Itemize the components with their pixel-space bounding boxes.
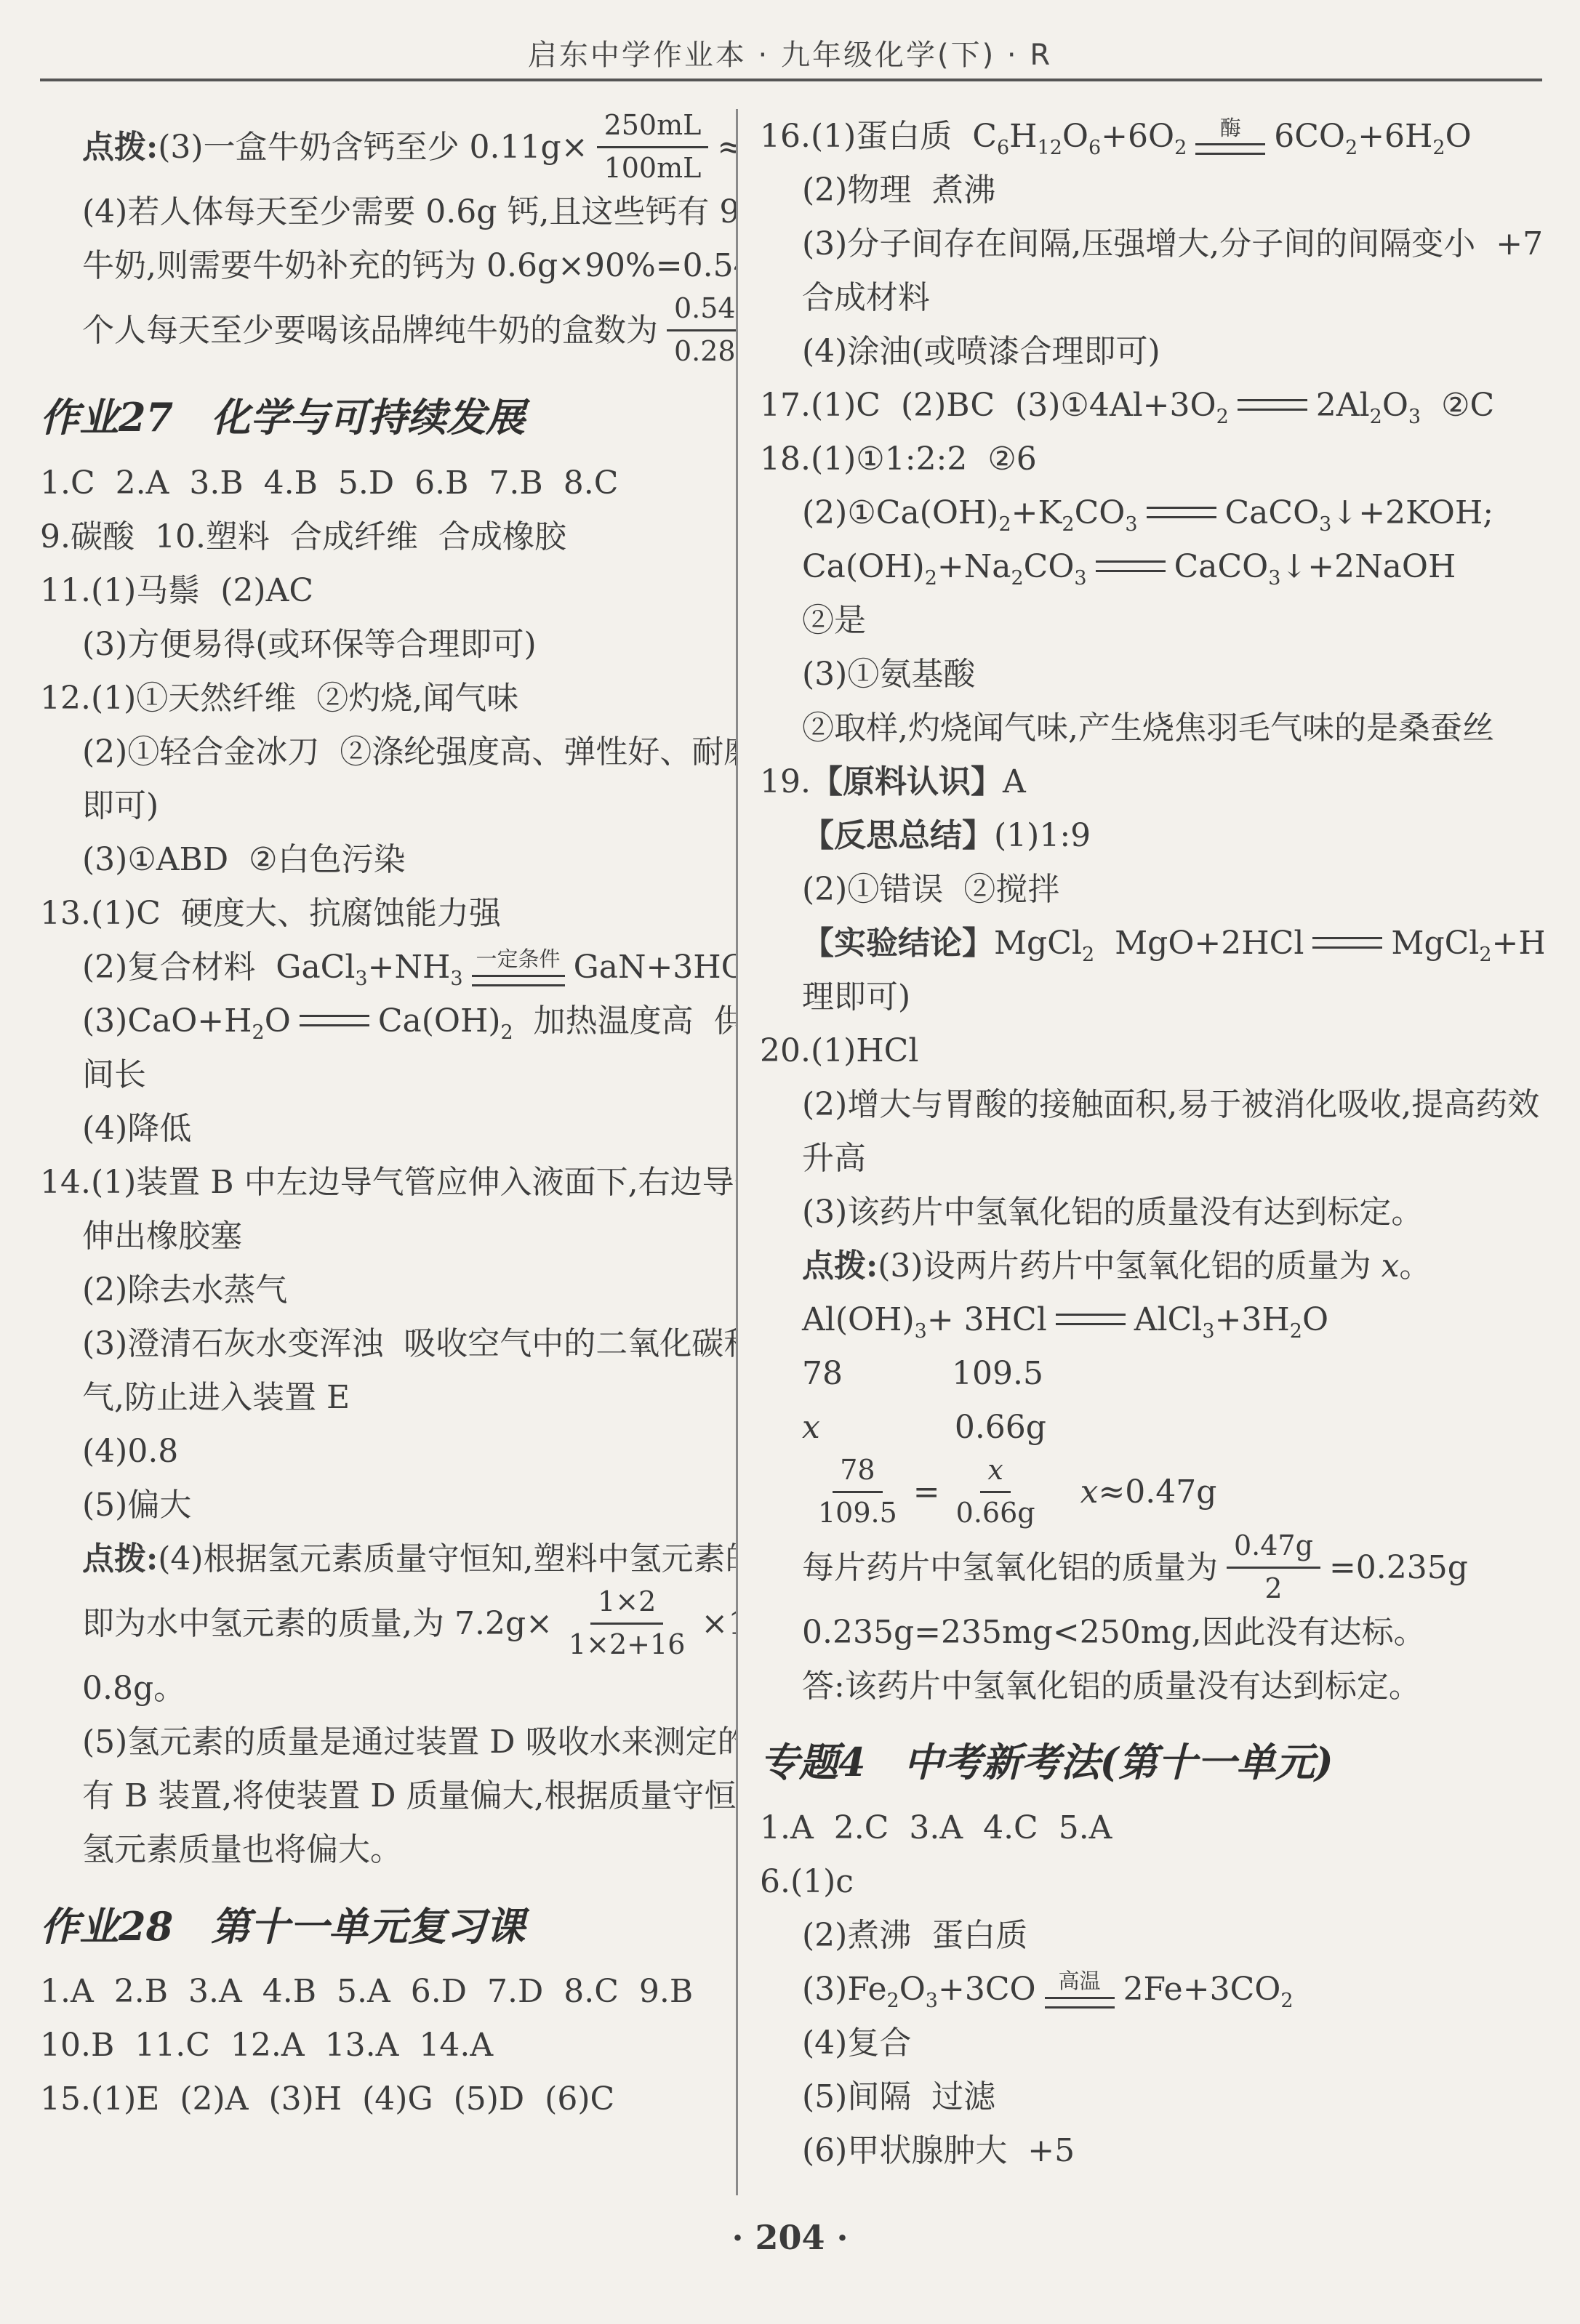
- subscript: 2: [1370, 405, 1382, 427]
- fraction-denominator: 100mL: [597, 148, 709, 185]
- text-segment: (3)一盒牛奶含钙至少 0.11g×: [158, 127, 588, 167]
- text-segment: =0.235g: [1329, 1548, 1468, 1588]
- double-bond-lines: [1056, 1314, 1126, 1325]
- answer-line: 点拨:(3)设两片药片中氢氧化铝的质量为 x。: [760, 1239, 1544, 1292]
- subscript: 2: [887, 1990, 899, 2012]
- text-segment: =: [913, 1472, 940, 1512]
- answer-line: 16.(1)蛋白质 C6H12O6+6O2酶6CO2+6H2O: [760, 109, 1544, 163]
- section-heading-number: 作业27: [40, 387, 173, 443]
- answer-line: 13.(1)C 硬度大、抗腐蚀能力强: [40, 886, 736, 940]
- text-segment: A: [1003, 762, 1026, 802]
- text-segment: 0.66g: [955, 1407, 1046, 1447]
- section-heading-title: 化学与可持续发展: [211, 387, 525, 443]
- answer-line: 有 B 装置,将使装置 D 质量偏大,根据质量守恒定律知,: [40, 1769, 736, 1823]
- double-bond-lines: [472, 975, 565, 986]
- text-segment: (2)①轻合金冰刀 ②涤纶强度高、弹性好、耐磨(合理: [82, 732, 736, 772]
- text-segment: 个人每天至少要喝该品牌纯牛奶的盒数为: [82, 310, 658, 350]
- answer-line: (4)若人体每天至少需要 0.6g 钙,且这些钙有 90%来自: [40, 185, 736, 238]
- bold-label: 点拨:: [802, 1246, 878, 1286]
- answer-line: 【实验结论】MgCl2 MgO+2HClMgCl2+H2O(合: [760, 916, 1544, 970]
- bold-label: 点拨:: [82, 127, 158, 167]
- text-segment: 答:该药片中氢氧化铝的质量没有达到标定。: [802, 1666, 1421, 1706]
- subscript: 2: [1290, 1319, 1302, 1342]
- text-segment: 间长: [82, 1055, 146, 1095]
- answer-line: (6)甲状腺肿大 +5: [760, 2123, 1544, 2177]
- text-segment: AlCl3+3H2O: [1134, 1300, 1328, 1340]
- reaction-equals-sign: [300, 1015, 369, 1026]
- subscript: 2: [1216, 405, 1229, 427]
- text-segment: (3)分子间存在间隔,压强增大,分子间的间隔变小 +7: [802, 224, 1543, 264]
- answer-line: (3)①氨基酸: [760, 647, 1544, 701]
- text-segment: 109.5: [952, 1354, 1043, 1394]
- answer-line: (2)物理 煮沸: [760, 163, 1544, 217]
- text-segment: (2)物理 煮沸: [802, 170, 995, 210]
- fraction-denominator: 0.28g: [667, 331, 736, 369]
- answer-line: x0.66g: [760, 1400, 1544, 1454]
- answer-line: (3)CaO+H2OCa(OH)2 加热温度高 供热时: [40, 994, 736, 1048]
- text-segment: 6CO2+6H2O: [1274, 116, 1471, 156]
- text-segment: ②是: [802, 600, 866, 640]
- header-rule: [40, 79, 1542, 81]
- subscript: 2: [1280, 1990, 1293, 2012]
- text-segment: 14.(1)装置 B 中左边导气管应伸入液面下,右边导气管应稍: [40, 1162, 736, 1202]
- text-segment: 20.(1)HCl: [760, 1031, 918, 1071]
- subscript: 3: [1268, 566, 1280, 589]
- answer-line: (3)澄清石灰水变浑浊 吸收空气中的二氧化碳和水蒸: [40, 1316, 736, 1370]
- text-segment: 理即可): [802, 977, 910, 1017]
- text-segment: 10.B 11.C 12.A 13.A 14.A: [40, 2025, 493, 2065]
- text-segment: (2)除去水蒸气: [82, 1270, 287, 1310]
- answer-line: (2)煮沸 蛋白质: [760, 1908, 1544, 1962]
- section-heading: 作业28第十一单元复习课: [40, 1896, 736, 1952]
- text-segment: ②取样,灼烧闻气味,产生烧焦羽毛气味的是桑蚕丝: [802, 708, 1494, 748]
- text-segment: (5)氢元素的质量是通过装置 D 吸收水来测定的,如果没: [82, 1722, 736, 1762]
- text-segment: (4)涂油(或喷漆合理即可): [802, 331, 1160, 371]
- text-segment: 合成材料: [802, 278, 930, 318]
- answer-line: 即可): [40, 779, 736, 832]
- text-segment: 1.A 2.B 3.A 4.B 5.A 6.D 7.D 8.C 9.B: [40, 1971, 693, 2011]
- answer-line: (3)分子间存在间隔,压强增大,分子间的间隔变小 +7: [760, 217, 1544, 270]
- fraction-denominator: 109.5: [811, 1493, 905, 1530]
- answer-line: (3)该药片中氢氧化铝的质量没有达到标定。: [760, 1185, 1544, 1239]
- subscript: 2: [1432, 136, 1445, 158]
- page-number: · 204 ·: [0, 2218, 1580, 2257]
- text-segment: x: [802, 1407, 820, 1447]
- fraction-numerator: 1×2: [590, 1585, 663, 1625]
- answer-line: (3)方便易得(或环保等合理即可): [40, 617, 736, 671]
- section-heading: 专题4中考新考法(第十一单元): [760, 1732, 1544, 1788]
- subscript: 2: [925, 566, 937, 589]
- text-segment: (2)煮沸 蛋白质: [802, 1915, 1027, 1955]
- answer-line: (2)①错误 ②搅拌: [760, 862, 1544, 916]
- answer-line: 点拨:(4)根据氢元素质量守恒知,塑料中氢元素的质量: [40, 1532, 736, 1585]
- bold-label: 【实验结论】: [802, 923, 994, 963]
- fraction-numerator: 78: [833, 1454, 882, 1493]
- subscript: 12: [1038, 136, 1062, 158]
- text-segment: 9.碳酸 10.塑料 合成纤维 合成橡胶: [40, 517, 566, 557]
- text-segment: ×100%=: [701, 1604, 736, 1644]
- text-segment: 有 B 装置,将使装置 D 质量偏大,根据质量守恒定律知,: [82, 1776, 736, 1816]
- subscript: 3: [1202, 1319, 1214, 1342]
- answer-line: (4)降低: [40, 1101, 736, 1155]
- subscript: 2: [1174, 136, 1187, 158]
- text-segment: 即可): [82, 786, 159, 826]
- text-segment: (1)1:9: [994, 816, 1091, 856]
- subscript: 3: [915, 1319, 927, 1342]
- fraction-numerator: 0.47g: [1227, 1529, 1320, 1569]
- section-heading-title: 中考新考法(第十一单元): [904, 1732, 1334, 1788]
- double-bond-lines: [1096, 560, 1166, 572]
- answer-line: (4)复合: [760, 2016, 1544, 2070]
- text-segment: (3)方便易得(或环保等合理即可): [82, 624, 537, 664]
- subscript: 2: [252, 1021, 265, 1044]
- italic-variable: x: [802, 1409, 820, 1446]
- answer-line: 个人每天至少要喝该品牌纯牛奶的盒数为0.54g0.28g≈2。: [40, 292, 736, 368]
- text-segment: (2)复合材料 GaCl3+NH3: [82, 947, 463, 987]
- answer-line: (4)0.8: [40, 1424, 736, 1478]
- text-segment: 1.C 2.A 3.B 4.B 5.D 6.B 7.B 8.C: [40, 463, 618, 503]
- answer-line: (4)涂油(或喷漆合理即可): [760, 324, 1544, 378]
- text-segment: 氢元素质量也将偏大。: [82, 1830, 402, 1870]
- subscript: 3: [1408, 405, 1421, 427]
- answer-line: 19.【原料认识】A: [760, 755, 1544, 808]
- text-segment: (3)该药片中氢氧化铝的质量没有达到标定。: [802, 1192, 1423, 1232]
- fraction-denominator: 2: [1257, 1569, 1289, 1606]
- answer-line: 0.8g。: [40, 1662, 736, 1716]
- fraction: x0.66g: [949, 1454, 1043, 1529]
- italic-variable: x: [1382, 1247, 1400, 1284]
- subscript: 2: [501, 1021, 513, 1044]
- fraction-denominator: 1×2+16: [561, 1625, 692, 1662]
- answer-line: 【反思总结】(1)1:9: [760, 808, 1544, 862]
- text-segment: 1.A 2.C 3.A 4.C 5.A: [760, 1808, 1112, 1848]
- text-segment: (3)澄清石灰水变浑浊 吸收空气中的二氧化碳和水蒸: [82, 1324, 736, 1364]
- text-segment: 气,防止进入装置 E: [82, 1378, 350, 1418]
- double-bond-lines: [1045, 1997, 1115, 2009]
- reaction-condition: 一定条件: [472, 948, 565, 971]
- text-segment: (4)若人体每天至少需要 0.6g 钙,且这些钙有 90%来自: [82, 192, 736, 232]
- text-segment: (3)CaO+H2O: [82, 1001, 291, 1041]
- subscript: 2: [1345, 136, 1358, 158]
- answer-line: Al(OH)3+ 3HClAlCl3+3H2O: [760, 1292, 1544, 1346]
- fraction: 1×21×2+16: [561, 1585, 692, 1661]
- italic-variable: x: [987, 1454, 1003, 1486]
- subscript: 2: [1082, 943, 1094, 965]
- subscript: 3: [1319, 512, 1331, 535]
- text-segment: 13.(1)C 硬度大、抗腐蚀能力强: [40, 893, 501, 933]
- subscript: 2: [998, 512, 1011, 535]
- fraction-numerator: 0.54g: [667, 292, 736, 331]
- text-segment: 78: [802, 1354, 843, 1394]
- subscript: 2: [1479, 943, 1491, 965]
- fraction: 0.54g0.28g: [667, 292, 736, 368]
- answer-line: 氢元素质量也将偏大。: [40, 1823, 736, 1877]
- text-segment: (4)0.8: [82, 1431, 178, 1471]
- text-segment: 牛奶,则需要牛奶补充的钙为 0.6g×90%=0.54g,则一: [82, 246, 736, 286]
- text-segment: 15.(1)E (2)A (3)H (4)G (5)D (6)C: [40, 2079, 614, 2119]
- text-segment: ≈0.28g。: [717, 127, 736, 167]
- section-heading-number: 作业28: [40, 1896, 173, 1952]
- text-segment: (6)甲状腺肿大 +5: [802, 2131, 1075, 2171]
- section-heading-title: 第十一单元复习课: [211, 1896, 525, 1952]
- text-segment: Ca(OH)2 加热温度高 供热时: [378, 1001, 736, 1041]
- subscript: 6: [1088, 136, 1101, 158]
- answer-line: 理即可): [760, 970, 1544, 1024]
- answer-line: 17.(1)C (2)BC (3)①4Al+3O22Al2O3 ②C: [760, 378, 1544, 432]
- answer-line: 点拨:(3)一盒牛奶含钙至少 0.11g×250mL100mL≈0.28g。: [40, 109, 736, 185]
- answer-line: 合成材料: [760, 270, 1544, 324]
- text-segment: 6.(1)c: [760, 1862, 854, 1902]
- text-segment: 18.(1)①1:2:2 ②6: [760, 439, 1037, 479]
- answer-line: 18.(1)①1:2:2 ②6: [760, 432, 1544, 486]
- double-bond-lines: [300, 1015, 369, 1026]
- column-right: 16.(1)蛋白质 C6H12O6+6O2酶6CO2+6H2O(2)物理 煮沸(…: [738, 109, 1544, 2243]
- answer-line: 升高: [760, 1131, 1544, 1185]
- fraction-denominator: 0.66g: [949, 1493, 1043, 1530]
- bold-label: 点拨:: [82, 1539, 158, 1579]
- text-segment: 17.(1)C (2)BC (3)①4Al+3O2: [760, 385, 1229, 425]
- fraction: 0.47g2: [1227, 1529, 1320, 1605]
- fraction: 78109.5: [811, 1454, 905, 1529]
- text-segment: CaCO3↓+2KOH;: [1225, 493, 1494, 533]
- double-bond-lines: [1312, 937, 1382, 949]
- text-segment: 0.8g。: [82, 1668, 185, 1708]
- text-segment: (4)降低: [82, 1109, 191, 1149]
- page-header-title: 启东中学作业本 · 九年级化学(下) · R: [0, 32, 1580, 73]
- fraction: 250mL100mL: [597, 109, 709, 185]
- scanned-answer-page: 启东中学作业本 · 九年级化学(下) · R 点拨:(3)一盒牛奶含钙至少 0.…: [0, 0, 1580, 2324]
- answer-line: 78109.5: [760, 1346, 1544, 1400]
- answer-line: 答:该药片中氢氧化铝的质量没有达到标定。: [760, 1659, 1544, 1713]
- text-segment: 11.(1)马鬃 (2)AC: [40, 571, 313, 611]
- text-segment: 12.(1)①天然纤维 ②灼烧,闻气味: [40, 678, 518, 718]
- answer-line: 伸出橡胶塞: [40, 1209, 736, 1263]
- subscript: 2: [1011, 566, 1023, 589]
- answer-line: Ca(OH)2+Na2CO3CaCO3↓+2NaOH: [760, 539, 1544, 593]
- reaction-equals-sign: 酶: [1195, 117, 1265, 156]
- reaction-equals-sign: 高温: [1045, 1970, 1115, 2009]
- text-segment: (3)①氨基酸: [802, 654, 975, 694]
- text-segment: 16.(1)蛋白质 C6H12O6+6O2: [760, 116, 1187, 156]
- text-segment: x≈0.47g: [1080, 1472, 1217, 1512]
- text-segment: 升高: [802, 1138, 866, 1178]
- answer-line: (3)①ABD ②白色污染: [40, 832, 736, 886]
- answer-line: 牛奶,则需要牛奶补充的钙为 0.6g×90%=0.54g,则一: [40, 238, 736, 292]
- subscript: 3: [1074, 566, 1086, 589]
- answer-line: 1.A 2.B 3.A 4.B 5.A 6.D 7.D 8.C 9.B: [40, 1965, 736, 2019]
- answer-line: 20.(1)HCl: [760, 1024, 1544, 1077]
- section-heading-number: 专题4: [760, 1732, 866, 1788]
- section-heading: 作业27化学与可持续发展: [40, 387, 736, 443]
- answer-line: 1.C 2.A 3.B 4.B 5.D 6.B 7.B 8.C: [40, 456, 736, 510]
- answer-line: 11.(1)马鬃 (2)AC: [40, 563, 736, 617]
- double-bond-lines: [1147, 507, 1216, 518]
- bold-label: 【原料认识】: [811, 762, 1003, 802]
- text-segment: 19.: [760, 762, 811, 802]
- answer-line: 15.(1)E (2)A (3)H (4)G (5)D (6)C: [40, 2072, 736, 2126]
- text-segment: (4)复合: [802, 2023, 911, 2063]
- reaction-equals-sign: [1312, 937, 1382, 949]
- answer-line: (2)①轻合金冰刀 ②涤纶强度高、弹性好、耐磨(合理: [40, 725, 736, 779]
- answer-line: 78109.5=x0.66gx≈0.47g: [760, 1454, 1544, 1529]
- text-segment: (2)①错误 ②搅拌: [802, 869, 1059, 909]
- text-segment: Al(OH)3+ 3HCl: [802, 1300, 1047, 1340]
- text-segment: (4)根据氢元素质量守恒知,塑料中氢元素的质量: [158, 1539, 736, 1579]
- answer-line: 即为水中氢元素的质量,为 7.2g×1×21×2+16×100%=: [40, 1585, 736, 1661]
- answer-line: (2)复合材料 GaCl3+NH3一定条件GaN+3HCl: [40, 940, 736, 994]
- subscript: 3: [1125, 512, 1137, 535]
- text-segment: GaN+3HCl: [574, 947, 736, 987]
- answer-line: (2)除去水蒸气: [40, 1263, 736, 1316]
- text-segment: (5)偏大: [82, 1485, 191, 1525]
- fraction-numerator: 250mL: [597, 109, 709, 148]
- column-left: 点拨:(3)一盒牛奶含钙至少 0.11g×250mL100mL≈0.28g。(4…: [40, 109, 736, 2243]
- fraction-numerator: x: [980, 1454, 1010, 1493]
- text-segment: 每片药片中氢氧化铝的质量为: [802, 1548, 1218, 1588]
- text-segment: (3)Fe2O3+3CO: [802, 1969, 1036, 2009]
- answer-line: (5)氢元素的质量是通过装置 D 吸收水来测定的,如果没: [40, 1716, 736, 1769]
- text-segment: (2)增大与胃酸的接触面积,易于被消化吸收,提高药效: [802, 1085, 1539, 1125]
- answer-line: 间长: [40, 1048, 736, 1101]
- text-segment: 0.235g=235mg<250mg,因此没有达标。: [802, 1612, 1426, 1652]
- answer-line: ②取样,灼烧闻气味,产生烧焦羽毛气味的是桑蚕丝: [760, 701, 1544, 755]
- text-segment: (2)①Ca(OH)2+K2CO3: [802, 493, 1138, 533]
- answer-line: 9.碳酸 10.塑料 合成纤维 合成橡胶: [40, 510, 736, 563]
- reaction-equals-sign: 一定条件: [472, 948, 565, 986]
- text-segment: 伸出橡胶塞: [82, 1216, 242, 1256]
- italic-variable: x: [1080, 1473, 1099, 1511]
- double-bond-lines: [1195, 143, 1265, 155]
- double-bond-lines: [1238, 399, 1307, 411]
- text-segment: CaCO3↓+2NaOH: [1174, 547, 1456, 587]
- answer-line: ②是: [760, 593, 1544, 647]
- answer-line: (5)间隔 过滤: [760, 2070, 1544, 2123]
- text-segment: 2Fe+3CO2: [1123, 1969, 1294, 2009]
- text-segment: (3)设两片药片中氢氧化铝的质量为 x。: [878, 1246, 1431, 1286]
- text-segment: MgCl2+H2O(合: [1391, 923, 1544, 963]
- subscript: 3: [450, 968, 462, 990]
- subscript: 2: [1062, 512, 1074, 535]
- bold-label: 【反思总结】: [802, 816, 994, 856]
- text-segment: MgCl2 MgO+2HCl: [994, 923, 1304, 963]
- answer-line: (2)①Ca(OH)2+K2CO3CaCO3↓+2KOH;: [760, 486, 1544, 539]
- subscript: 3: [926, 1990, 938, 2012]
- text-segment: 即为水中氢元素的质量,为 7.2g×: [82, 1604, 553, 1644]
- answer-line: 气,防止进入装置 E: [40, 1370, 736, 1424]
- reaction-equals-sign: [1238, 399, 1307, 411]
- two-column-layout: 点拨:(3)一盒牛奶含钙至少 0.11g×250mL100mL≈0.28g。(4…: [40, 109, 1544, 2243]
- text-segment: Ca(OH)2+Na2CO3: [802, 547, 1087, 587]
- answer-line: 10.B 11.C 12.A 13.A 14.A: [40, 2019, 736, 2072]
- reaction-condition: 酶: [1216, 117, 1246, 140]
- answer-line: (2)增大与胃酸的接触面积,易于被消化吸收,提高药效: [760, 1077, 1544, 1131]
- answer-line: 6.(1)c: [760, 1854, 1544, 1908]
- subscript: 3: [355, 968, 367, 990]
- answer-line: 12.(1)①天然纤维 ②灼烧,闻气味: [40, 671, 736, 725]
- answer-line: (3)Fe2O3+3CO高温2Fe+3CO2: [760, 1962, 1544, 2016]
- answer-line: 0.235g=235mg<250mg,因此没有达标。: [760, 1605, 1544, 1659]
- answer-line: 每片药片中氢氧化铝的质量为0.47g2=0.235g: [760, 1529, 1544, 1605]
- reaction-equals-sign: [1056, 1314, 1126, 1325]
- answer-line: 14.(1)装置 B 中左边导气管应伸入液面下,右边导气管应稍: [40, 1155, 736, 1209]
- subscript: 6: [997, 136, 1009, 158]
- reaction-equals-sign: [1147, 507, 1216, 518]
- answer-line: (5)偏大: [40, 1478, 736, 1532]
- answer-line: 1.A 2.C 3.A 4.C 5.A: [760, 1801, 1544, 1854]
- text-segment: (5)间隔 过滤: [802, 2077, 995, 2117]
- text-segment: 2Al2O3 ②C: [1316, 385, 1494, 425]
- text-segment: (3)①ABD ②白色污染: [82, 840, 406, 880]
- reaction-equals-sign: [1096, 560, 1166, 572]
- reaction-condition: 高温: [1054, 1970, 1105, 1993]
